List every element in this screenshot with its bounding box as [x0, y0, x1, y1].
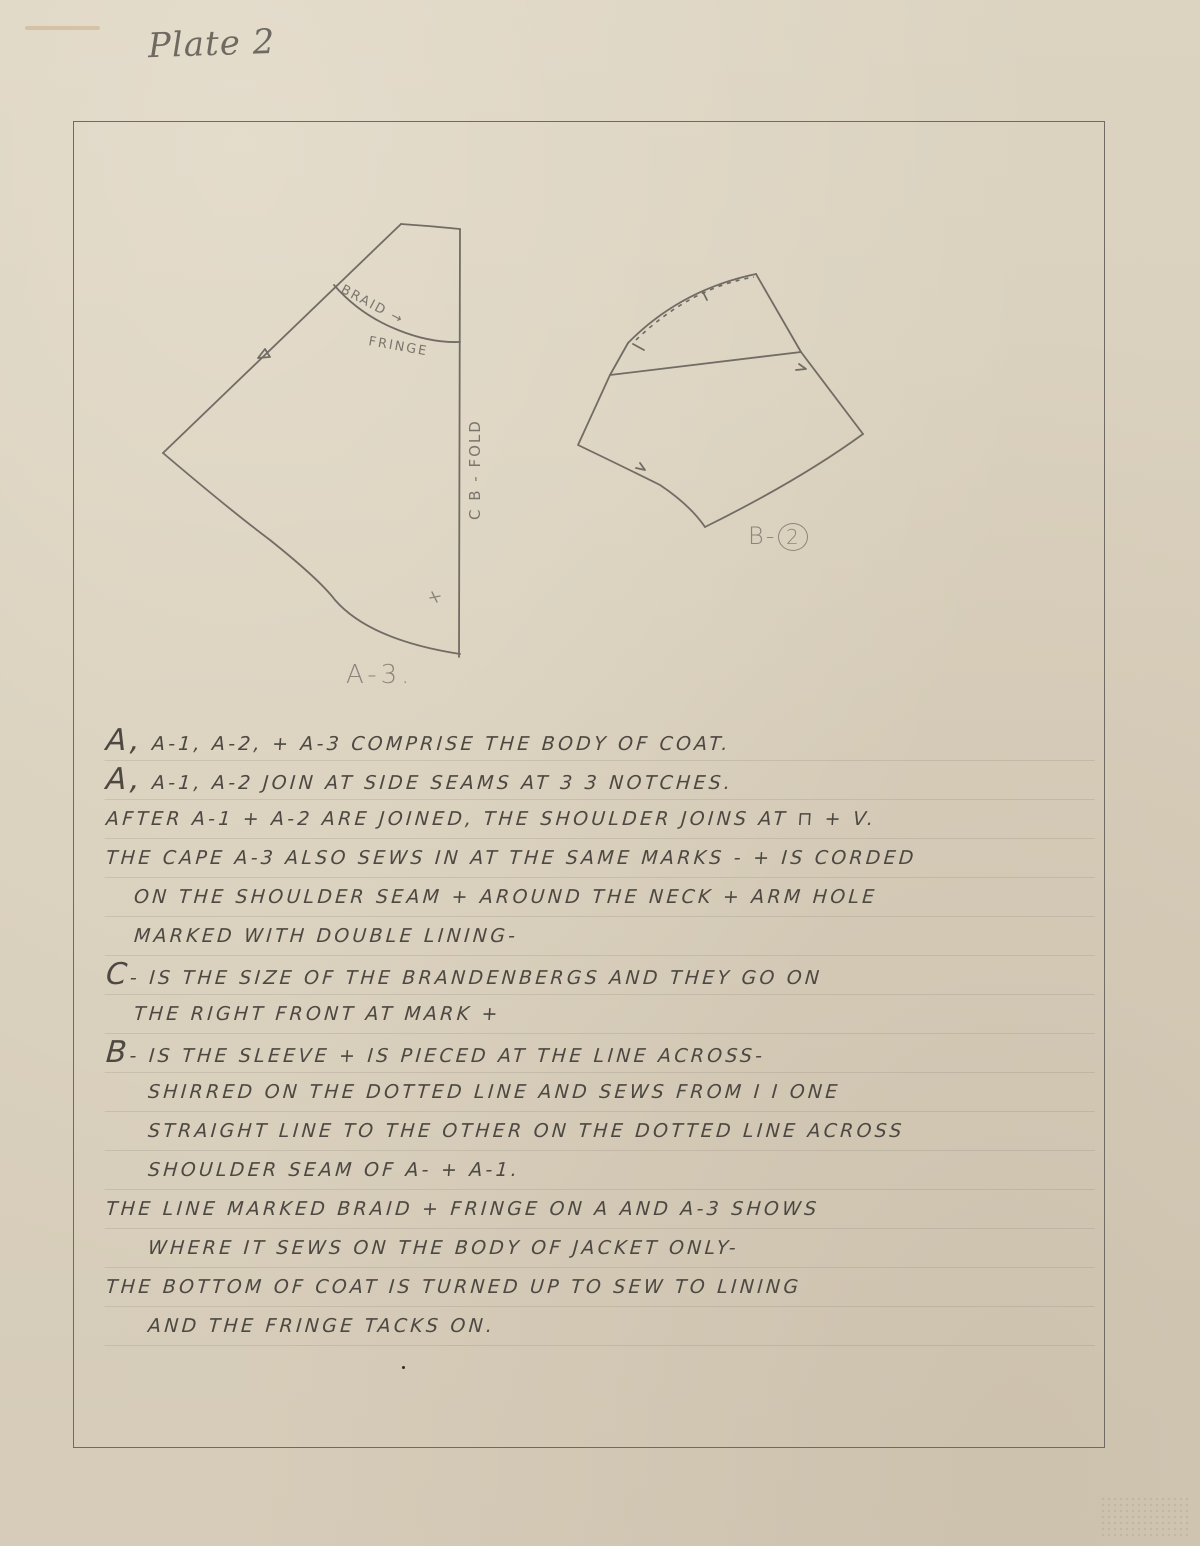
note-line: SHOULDER SEAM OF A- + A-1. — [105, 1151, 1098, 1190]
note-line: A, A-1, A-2 JOIN AT SIDE SEAMS AT 3 3 NO… — [105, 761, 1098, 800]
pattern-piece-b2 — [578, 274, 863, 527]
note-line: THE LINE MARKED BRAID + FRINGE ON A AND … — [105, 1190, 1098, 1229]
cb-fold-label: C B - FOLD — [466, 419, 484, 520]
note-line: THE RIGHT FRONT AT MARK + — [105, 995, 1098, 1034]
note-line: THE CAPE A-3 ALSO SEWS IN AT THE SAME MA… — [105, 839, 1098, 878]
note-line: ON THE SHOULDER SEAM + AROUND THE NECK +… — [105, 878, 1098, 917]
mark-cross-icon — [430, 592, 440, 602]
note-line: B- IS THE SLEEVE + IS PIECED AT THE LINE… — [105, 1034, 1098, 1073]
note-line: THE BOTTOM OF COAT IS TURNED UP TO SEW T… — [105, 1268, 1098, 1307]
shirring-mark-icon — [633, 344, 644, 350]
pencil-dot — [402, 1366, 405, 1369]
shirring-mark-icon — [703, 292, 707, 300]
paper-speckle — [1100, 1496, 1190, 1536]
piece-label-b2-prefix: B- — [748, 522, 776, 550]
note-line: STRAIGHT LINE TO THE OTHER ON THE DOTTED… — [105, 1112, 1098, 1151]
note-line: A, A-1, A-2, + A-3 COMPRISE THE BODY OF … — [105, 722, 1098, 761]
braid-label: BRAID → — [338, 282, 406, 328]
note-line: AND THE FRINGE TACKS ON. — [105, 1307, 1098, 1346]
note-line: AFTER A-1 + A-2 ARE JOINED, THE SHOULDER… — [105, 800, 1098, 839]
pattern-piece-a3: BRAID → FRINGE C B - FOLD — [163, 224, 484, 657]
piece-label-a3: A-3. — [346, 660, 413, 690]
note-line: C- IS THE SIZE OF THE BRANDENBERGS AND T… — [105, 956, 1098, 995]
notch-icon — [796, 364, 806, 370]
shirring-dotted-line — [636, 277, 754, 340]
notch-icon — [258, 349, 270, 358]
piece-label-b2: B-2 — [748, 522, 808, 551]
note-line: WHERE IT SEWS ON THE BODY OF JACKET ONLY… — [105, 1229, 1098, 1268]
circled-number: 2 — [778, 523, 808, 551]
instruction-notes: A, A-1, A-2, + A-3 COMPRISE THE BODY OF … — [106, 722, 1096, 1346]
piecing-line — [610, 352, 801, 375]
note-line: MARKED WITH DOUBLE LINING- — [105, 917, 1098, 956]
notch-icon — [636, 463, 645, 470]
note-line: SHIRRED ON THE DOTTED LINE AND SEWS FROM… — [105, 1073, 1098, 1112]
